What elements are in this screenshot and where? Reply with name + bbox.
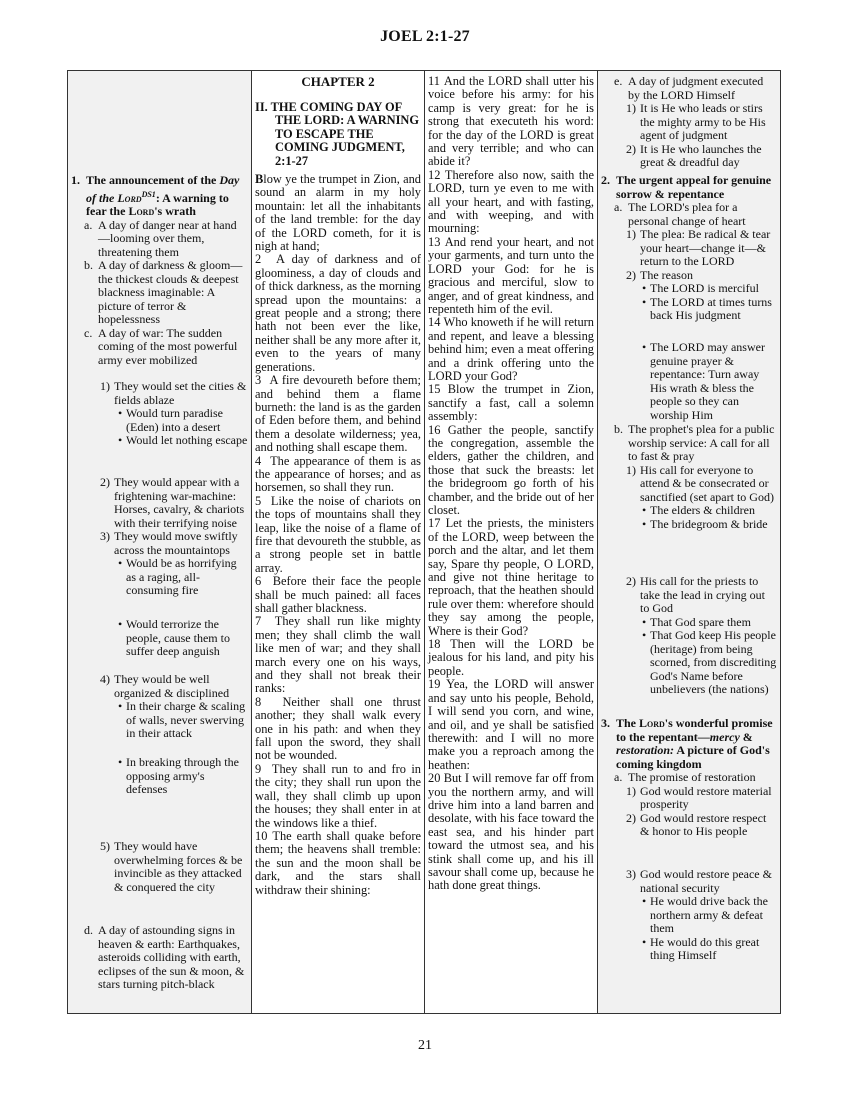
- outline-column-right: e.A day of judgment executed by the LORD…: [598, 71, 780, 1013]
- verse-16: 16 Gather the people, sanctify the congr…: [428, 424, 594, 518]
- verse-7: 7 They shall run like mighty men; they s…: [255, 615, 421, 695]
- outline-block-e: e.A day of judgment executed by the LORD…: [602, 75, 777, 170]
- outline-item-2b2: 2)His call for the priests to take the l…: [602, 575, 777, 616]
- outline-item-1e2: 2)It is He who launches the great & drea…: [602, 143, 777, 170]
- verse-2: 2 A day of darkness and of gloominess, a…: [255, 253, 421, 374]
- verse-12: 12 Therefore also now, saith the LORD, t…: [428, 169, 594, 236]
- outline-item-2: 2.The urgent appeal for genuine sorrow &…: [602, 174, 777, 201]
- verse-8: 8 Neither shall one thrust another; they…: [255, 696, 421, 763]
- verses-1-10: Blow ye the trumpet in Zion, and sound a…: [255, 173, 421, 897]
- outline-bullet: •He would drive back the northern army &…: [602, 895, 777, 936]
- chapter-heading: CHAPTER 2: [255, 75, 421, 89]
- outline-block-2b2: 2)His call for the priests to take the l…: [602, 575, 777, 697]
- outline-block-3a3: 3)God would restore peace & national sec…: [602, 868, 777, 963]
- verse-13: 13 And rend your heart, and not your gar…: [428, 236, 594, 316]
- outline-item-1c: c.A day of war: The sudden coming of the…: [72, 327, 248, 368]
- verse-18: 18 Then will the LORD be jealous for his…: [428, 638, 594, 678]
- verse-15: 15 Blow the trumpet in Zion, sanctify a …: [428, 383, 594, 423]
- outline-item-3a: a.The promise of restoration: [602, 771, 777, 785]
- outline-bullet: •Would terrorize the people, cause them …: [72, 618, 248, 659]
- outline-item-3a2: 2)God would restore respect & honor to H…: [602, 812, 777, 839]
- verse-14: 14 Who knoweth if he will return and rep…: [428, 316, 594, 383]
- outline-item-2a: a.The LORD's plea for a personal change …: [602, 201, 777, 228]
- verse-11: 11 And the LORD shall utter his voice be…: [428, 75, 594, 169]
- outline-item-1e: e.A day of judgment executed by the LORD…: [602, 75, 777, 102]
- verses-11-20: 11 And the LORD shall utter his voice be…: [428, 75, 594, 893]
- outline-block-3: 3.The Lord's wonderful promise to the re…: [602, 717, 777, 839]
- outline-bullet: •That God spare them: [602, 616, 777, 630]
- outline-bullet: •Would let nothing escape: [72, 434, 248, 448]
- verse-1: Blow ye the trumpet in Zion, and sound a…: [255, 173, 421, 253]
- verse-4: 4 The appearance of them is as the appea…: [255, 455, 421, 495]
- outline-bullet: •The LORD at times turns back His judgme…: [602, 296, 777, 323]
- outline-item-3a3: 3)God would restore peace & national sec…: [602, 868, 777, 895]
- outline-item-2a2: 2)The reason: [602, 269, 777, 283]
- outline-item-2b: b.The prophet's plea for a public worshi…: [602, 423, 777, 464]
- chapter-heading-block: CHAPTER 2 II. THE COMING DAY OF THE LORD…: [255, 75, 421, 168]
- outline-item-3: 3.The Lord's wonderful promise to the re…: [602, 717, 777, 771]
- verse-9: 9 They shall run to and fro in the city;…: [255, 763, 421, 830]
- verse-3: 3 A fire devoureth before them; and behi…: [255, 374, 421, 454]
- page-title: JOEL 2:1-27: [0, 28, 850, 46]
- outline-block-2a2b3: •The LORD may answer genuine prayer & re…: [602, 341, 777, 422]
- outline-item-3a1: 1)God would restore material prosperity: [602, 785, 777, 812]
- outline-bullet: •Would turn paradise (Eden) into a deser…: [72, 407, 248, 434]
- scripture-column-1: CHAPTER 2 II. THE COMING DAY OF THE LORD…: [252, 71, 425, 1013]
- verse-6: 6 Before their face the people shall be …: [255, 575, 421, 615]
- outline-bullet: •The elders & children: [602, 504, 777, 518]
- scripture-column-2: 11 And the LORD shall utter his voice be…: [425, 71, 598, 1013]
- outline-block-2b: b.The prophet's plea for a public worshi…: [602, 423, 777, 531]
- outline-bullet: •In their charge & scaling of walls, nev…: [72, 700, 248, 741]
- outline-block-c5: 5)They would have overwhelming forces & …: [72, 840, 248, 894]
- outline-item-1c2: 2)They would appear with a frightening w…: [72, 476, 248, 530]
- outline-item-1c1: 1)They would set the cities & fields abl…: [72, 380, 248, 407]
- outline-block-2: 2.The urgent appeal for genuine sorrow &…: [602, 174, 777, 323]
- verse-19: 19 Yea, the LORD will answer and say unt…: [428, 678, 594, 772]
- outline-bullet: •That God keep His people (heritage) fro…: [602, 629, 777, 697]
- outline-block-c3b: •Would terrorize the people, cause them …: [72, 618, 248, 659]
- verse-17: 17 Let the priests, the ministers of the…: [428, 517, 594, 638]
- outline-bullet: •He would do this great thing Himself: [602, 936, 777, 963]
- outline-item-1a: a.A day of danger near at hand—looming o…: [72, 219, 248, 260]
- section-title: II. THE COMING DAY OF THE LORD: A WARNIN…: [255, 101, 421, 169]
- outline-item-2b1: 1)His call for everyone to attend & be c…: [602, 464, 777, 505]
- outline-bullet: •The LORD may answer genuine prayer & re…: [602, 341, 777, 422]
- outline-item-1c3: 3)They would move swiftly across the mou…: [72, 530, 248, 557]
- outline-item-1e1: 1)It is He who leads or stirs the mighty…: [602, 102, 777, 143]
- verse-10: 10 The earth shall quake before them; th…: [255, 830, 421, 897]
- outline-item-2a1: 1)The plea: Be radical & tear your heart…: [602, 228, 777, 269]
- outline-item-1c4: 4)They would be well organized & discipl…: [72, 673, 248, 700]
- commentary-table: 1. The announcement of the Day of the Lo…: [67, 70, 781, 1014]
- outline-item-1b: b.A day of darkness & gloom—the thickest…: [72, 259, 248, 327]
- outline-bullet: •Would be as horrifying as a raging, all…: [72, 557, 248, 598]
- outline-bullet: •In breaking through the opposing army's…: [72, 756, 248, 797]
- outline-item-1-text: The announcement of the Day of the LordD…: [86, 173, 239, 218]
- outline-block-c1: 1)They would set the cities & fields abl…: [72, 380, 248, 448]
- outline-block-c2: 2)They would appear with a frightening w…: [72, 476, 248, 598]
- page-number: 21: [0, 1038, 850, 1054]
- outline-block-c4: 4)They would be well organized & discipl…: [72, 673, 248, 741]
- verse-5: 5 Like the noise of chariots on the tops…: [255, 495, 421, 575]
- outline-column-left: 1. The announcement of the Day of the Lo…: [68, 71, 252, 1013]
- verse-20: 20 But I will remove far off from you th…: [428, 772, 594, 893]
- outline-block-1: 1. The announcement of the Day of the Lo…: [72, 174, 248, 367]
- outline-bullet: •The bridegroom & bride: [602, 518, 777, 532]
- outline-block-c4b: •In breaking through the opposing army's…: [72, 756, 248, 797]
- outline-bullet: •The LORD is merciful: [602, 282, 777, 296]
- outline-item-1: 1. The announcement of the Day of the Lo…: [72, 174, 248, 219]
- outline-item-1c5: 5)They would have overwhelming forces & …: [72, 840, 248, 894]
- outline-item-1d: d.A day of astounding signs in heaven & …: [72, 924, 248, 992]
- outline-block-d: d.A day of astounding signs in heaven & …: [72, 924, 248, 992]
